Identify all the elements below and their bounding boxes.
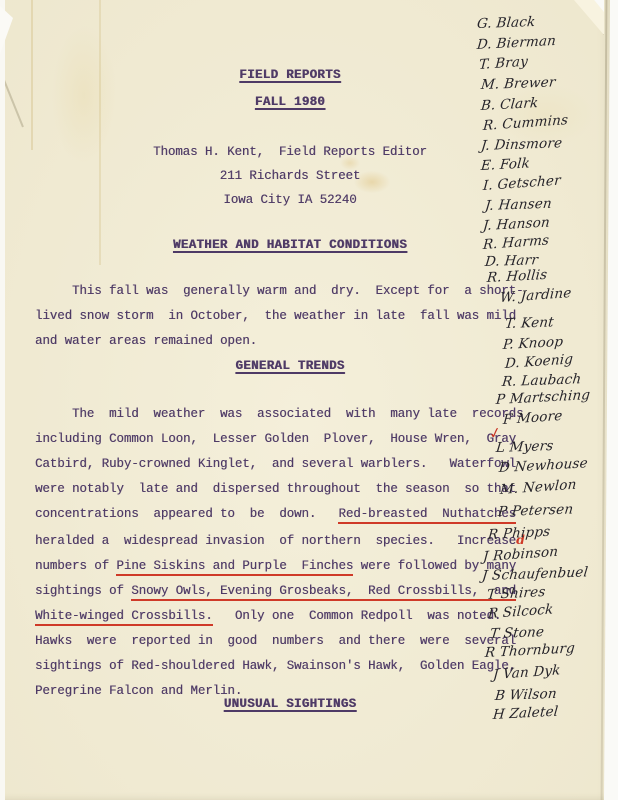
observer-name: I. Getscher <box>482 173 561 195</box>
observer-name: T. Kent <box>504 314 555 332</box>
observer-name: T Shires <box>486 584 546 603</box>
observer-name: T Stone <box>489 624 545 642</box>
observer-name: J Robinson <box>482 544 558 565</box>
observer-name: B. Clark <box>480 95 539 114</box>
observer-name: R Phipps <box>487 524 551 543</box>
scanned-page: FIELD REPORTS FALL 1980 Thomas H. Kent, … <box>0 0 618 800</box>
observer-name: M. Brewer <box>480 74 556 93</box>
observer-name: P Petersen <box>497 501 574 520</box>
observer-name: R Thornburg <box>484 640 575 661</box>
observer-name: R Silcock <box>487 601 554 622</box>
observer-names-list: G. BlackD. BiermanT. BrayM. BrewerB. Cla… <box>0 0 618 800</box>
observer-name: P. Knoop <box>502 334 564 353</box>
observer-name: P Martsching <box>495 387 591 408</box>
observer-name: D. Koenig <box>504 351 573 372</box>
scanner-background-edge <box>0 0 5 800</box>
observer-name: W. Jardine <box>499 285 572 306</box>
observer-name: D Newhouse <box>498 455 588 476</box>
observer-name: J. Dinsmore <box>480 135 563 154</box>
observer-name: L Myers <box>495 438 554 456</box>
observer-name: R. Cummins <box>482 112 568 134</box>
observer-name: H Zaletel <box>492 704 559 724</box>
observer-name: J. Hanson <box>482 214 550 234</box>
observer-name: D. Bierman <box>476 33 556 53</box>
observer-name: E. Folk <box>480 155 530 174</box>
observer-name: R. Hollis <box>486 267 548 286</box>
observer-name: J. Hansen <box>484 196 553 214</box>
observer-name: B Wilson <box>494 686 557 704</box>
observer-name: F Moore <box>502 408 563 428</box>
observer-name: J Van Dyk <box>492 662 561 683</box>
observer-name: R. Harms <box>482 232 549 253</box>
observer-name: M. Newlon <box>499 477 577 498</box>
observer-name: T. Bray <box>478 54 528 74</box>
observer-name: G. Black <box>476 14 536 32</box>
observer-name: J Schaufenbuel <box>481 564 589 584</box>
